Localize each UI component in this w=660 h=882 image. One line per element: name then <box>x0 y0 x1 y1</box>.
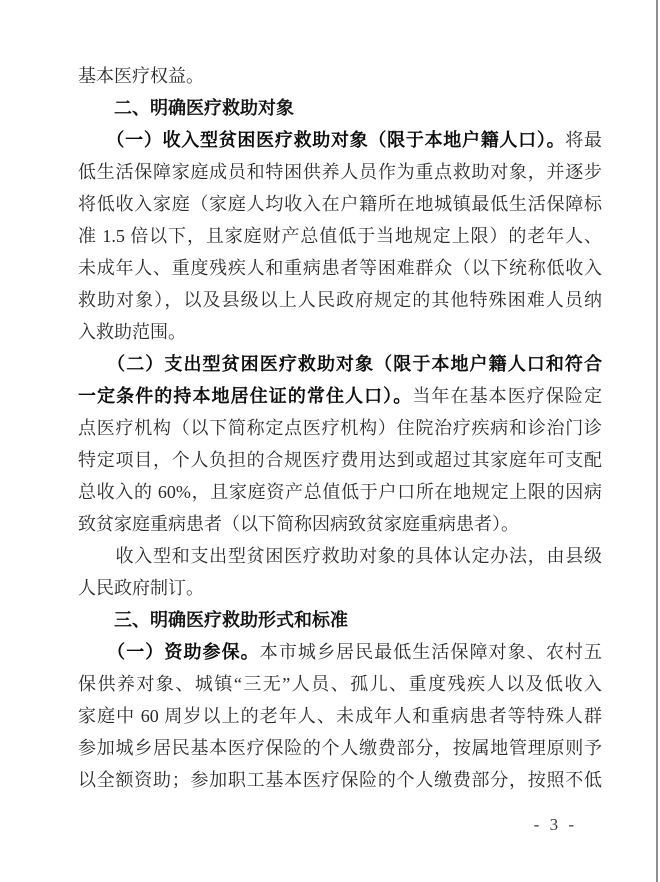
emphasis-text: （一）资助参保。 <box>78 642 260 662</box>
body-text: 本市城乡居民最低生活保障对象、农村五 <box>260 642 602 662</box>
body-text: 入救助范围。 <box>78 322 186 342</box>
body-text: 特定项目，个人负担的合规医疗费用达到或超过其家庭年可支配 <box>78 450 602 470</box>
document-line: 低生活保障家庭成员和特困供养人员作为重点救助对象，并逐步 <box>78 156 602 188</box>
body-text: 将最 <box>565 130 602 150</box>
document-page: 基本医疗权益。 二、明确医疗救助对象 （一）收入型贫困医疗救助对象（限于本地户籍… <box>0 0 660 882</box>
document-line: 保供养对象、城镇“三无”人员、孤儿、重度残疾人以及低收入 <box>78 668 602 700</box>
body-text: 点医疗机构（以下简称定点医疗机构）住院治疗疾病和诊治门诊 <box>78 418 602 438</box>
document-line: （二）支出型贫困医疗救助对象（限于本地户籍人口和符合 <box>78 348 602 380</box>
section-heading: 二、明确医疗救助对象 <box>78 98 294 118</box>
body-text: 人民政府制订。 <box>78 578 204 598</box>
emphasis-text: 一定条件的持本地居住证的常住人口）。 <box>78 386 412 406</box>
body-text: 基本医疗权益。 <box>78 66 204 86</box>
body-text: 准 1.5 倍以下，且家庭财产总值低于当地规定上限）的老年人、 <box>78 226 602 246</box>
document-line: 参加城乡居民基本医疗保险的个人缴费部分，按属地管理原则予 <box>78 732 602 764</box>
document-line: 人民政府制订。 <box>78 572 602 604</box>
emphasis-text: （一）收入型贫困医疗救助对象（限于本地户籍人口）。 <box>78 130 565 150</box>
page-number: - 3 - <box>534 815 577 834</box>
document-line: 总收入的 60%，且家庭资产总值低于户口所在地规定上限的因病 <box>78 476 602 508</box>
document-line: 以全额资助；参加职工基本医疗保险的个人缴费部分，按照不低 <box>78 764 602 796</box>
document-line: 基本医疗权益。 <box>78 60 602 92</box>
document-line: 特定项目，个人负担的合规医疗费用达到或超过其家庭年可支配 <box>78 444 602 476</box>
document-line: 未成年人、重度残疾人和重病患者等困难群众（以下统称低收入 <box>78 252 602 284</box>
scan-edge-line <box>656 0 658 882</box>
body-text: 以全额资助；参加职工基本医疗保险的个人缴费部分，按照不低 <box>78 770 602 790</box>
document-body: 基本医疗权益。 二、明确医疗救助对象 （一）收入型贫困医疗救助对象（限于本地户籍… <box>78 60 602 796</box>
body-text: 收入型和支出型贫困医疗救助对象的具体认定办法，由县级 <box>78 546 602 566</box>
document-line: （一）收入型贫困医疗救助对象（限于本地户籍人口）。将最 <box>78 124 602 156</box>
body-text: 参加城乡居民基本医疗保险的个人缴费部分，按属地管理原则予 <box>78 738 602 758</box>
body-text: 未成年人、重度残疾人和重病患者等困难群众（以下统称低收入 <box>78 258 602 278</box>
document-line: 点医疗机构（以下简称定点医疗机构）住院治疗疾病和诊治门诊 <box>78 412 602 444</box>
document-line: 入救助范围。 <box>78 316 602 348</box>
body-text: 救助对象），以及县级以上人民政府规定的其他特殊困难人员纳 <box>78 290 602 310</box>
body-text: 家庭中 60 周岁以上的老年人、未成年人和重病患者等特殊人群 <box>78 706 602 726</box>
document-line: 准 1.5 倍以下，且家庭财产总值低于当地规定上限）的老年人、 <box>78 220 602 252</box>
document-line: 一定条件的持本地居住证的常住人口）。当年在基本医疗保险定 <box>78 380 602 412</box>
body-text: 将低收入家庭（家庭人均收入在户籍所在地城镇最低生活保障标 <box>78 194 602 214</box>
body-text: 保供养对象、城镇“三无”人员、孤儿、重度残疾人以及低收入 <box>78 674 602 694</box>
emphasis-text: （二）支出型贫困医疗救助对象（限于本地户籍人口和符合 <box>78 354 602 374</box>
body-text: 当年在基本医疗保险定 <box>412 386 602 406</box>
document-line: 二、明确医疗救助对象 <box>78 92 602 124</box>
document-line: （一）资助参保。本市城乡居民最低生活保障对象、农村五 <box>78 636 602 668</box>
document-line: 家庭中 60 周岁以上的老年人、未成年人和重病患者等特殊人群 <box>78 700 602 732</box>
document-line: 将低收入家庭（家庭人均收入在户籍所在地城镇最低生活保障标 <box>78 188 602 220</box>
section-heading: 三、明确医疗救助形式和标准 <box>78 610 348 630</box>
document-line: 救助对象），以及县级以上人民政府规定的其他特殊困难人员纳 <box>78 284 602 316</box>
body-text: 致贫家庭重病患者（以下简称因病致贫家庭重病患者）。 <box>78 514 519 534</box>
document-line: 致贫家庭重病患者（以下简称因病致贫家庭重病患者）。 <box>78 508 602 540</box>
body-text: 总收入的 60%，且家庭资产总值低于户口所在地规定上限的因病 <box>78 482 602 502</box>
body-text: 低生活保障家庭成员和特困供养人员作为重点救助对象，并逐步 <box>78 162 602 182</box>
document-line: 三、明确医疗救助形式和标准 <box>78 604 602 636</box>
document-line: 收入型和支出型贫困医疗救助对象的具体认定办法，由县级 <box>78 540 602 572</box>
